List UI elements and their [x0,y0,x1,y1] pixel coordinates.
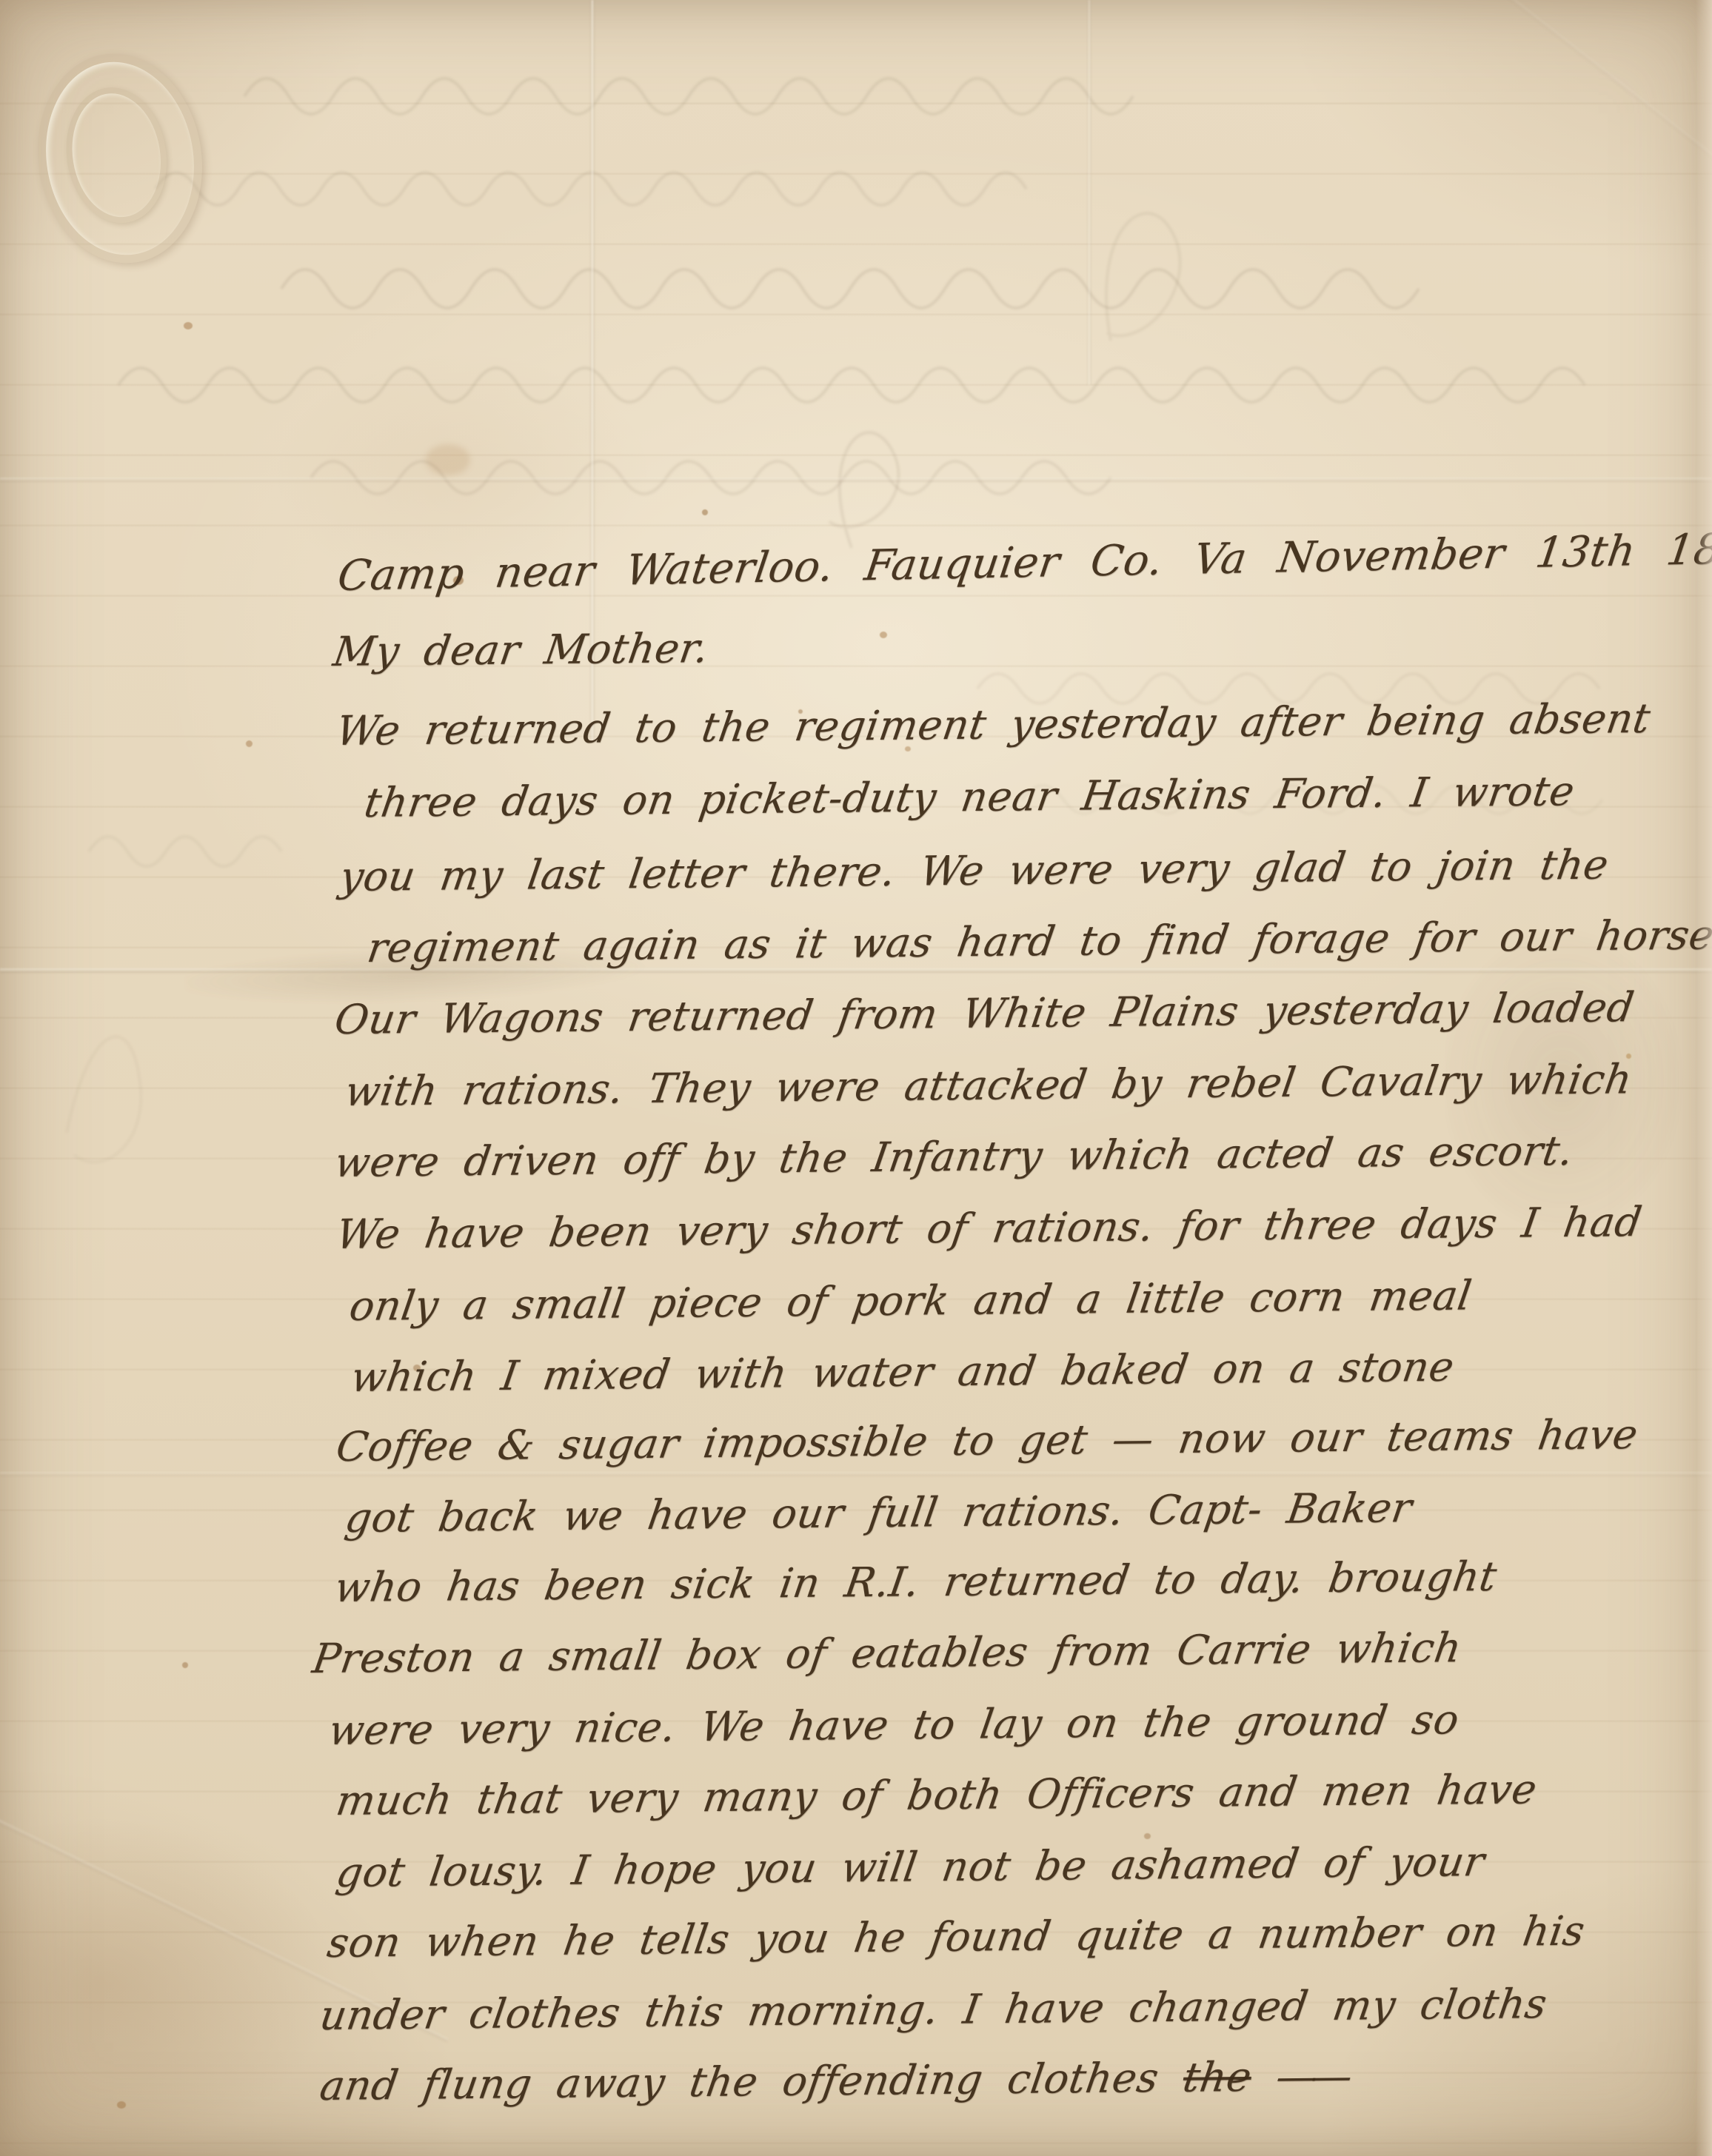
letter-line: three days on picket-duty near Haskins F… [361,767,1578,826]
fold-crease-vertical-2 [1087,0,1091,385]
struck-word: the [1180,2053,1255,2101]
letter-line: only a small piece of pork and a little … [347,1271,1475,1330]
fold-crease-horizontal-1 [0,478,1712,482]
letter-line: much that very many of both Officers and… [333,1765,1540,1824]
letter-line: got back we have our full rations. Capt-… [342,1484,1415,1541]
foxing-speck [702,509,708,515]
letter-last-line: and flung away the offending clothes the… [317,2052,1350,2109]
embossed-seal-inner-ring [57,80,176,230]
letter-line: We returned to the regiment yesterday af… [333,694,1654,754]
letter-line: We have been very short of rations. for … [333,1198,1645,1258]
foxing-speck [182,1662,188,1668]
letter-line: got lousy. I hope you will not be ashame… [333,1838,1488,1896]
letter-line: Coffee & sugar impossible to get — now o… [333,1410,1641,1470]
letter-line: who has been sick in R.I. returned to da… [332,1553,1500,1611]
letter-line: under clothes this morning. I have chang… [317,1980,1550,2039]
embossed-seal [23,42,217,275]
foxing-stain [426,444,470,475]
letter-scan-page: Camp near Waterloo. Fauquier Co. Va Nove… [0,0,1712,2156]
letter-line: which I mixed with water and baked on a … [348,1343,1457,1401]
letter-last-line-text: and flung away the offending clothes [317,2054,1187,2109]
letter-heading: Camp near Waterloo. Fauquier Co. Va Nove… [335,524,1712,600]
letter-line: you my last letter there. We were very g… [337,840,1612,900]
letter-line: were driven off by the Infantry which ac… [332,1127,1576,1186]
foxing-speck [184,322,193,329]
letter-salutation: My dear Mother. [330,624,712,675]
foxing-speck [117,2101,126,2109]
foxing-speck [246,740,253,747]
letter-line: son when he tells you he found quite a n… [324,1907,1588,1966]
trailing-dash: —— [1273,2052,1350,2100]
letter-line: Preston a small box of eatables from Car… [310,1624,1465,1682]
crease-diagonal-top-right [1488,0,1712,201]
scan-edge-highlight [1696,0,1712,2156]
foxing-speck [1144,1833,1151,1839]
foxing-speck [880,632,887,638]
fold-crease-horizontal-3 [0,1472,1712,1476]
letter-line: were very nice. We have to lay on the gr… [326,1695,1462,1754]
letter-line: regiment again as it was hard to find fo… [364,911,1712,971]
letter-line: with rations. They were attacked by rebe… [342,1055,1635,1115]
fold-crease-horizontal-2 [0,968,1712,973]
letter-line: Our Wagons returned from White Plains ye… [332,983,1637,1043]
